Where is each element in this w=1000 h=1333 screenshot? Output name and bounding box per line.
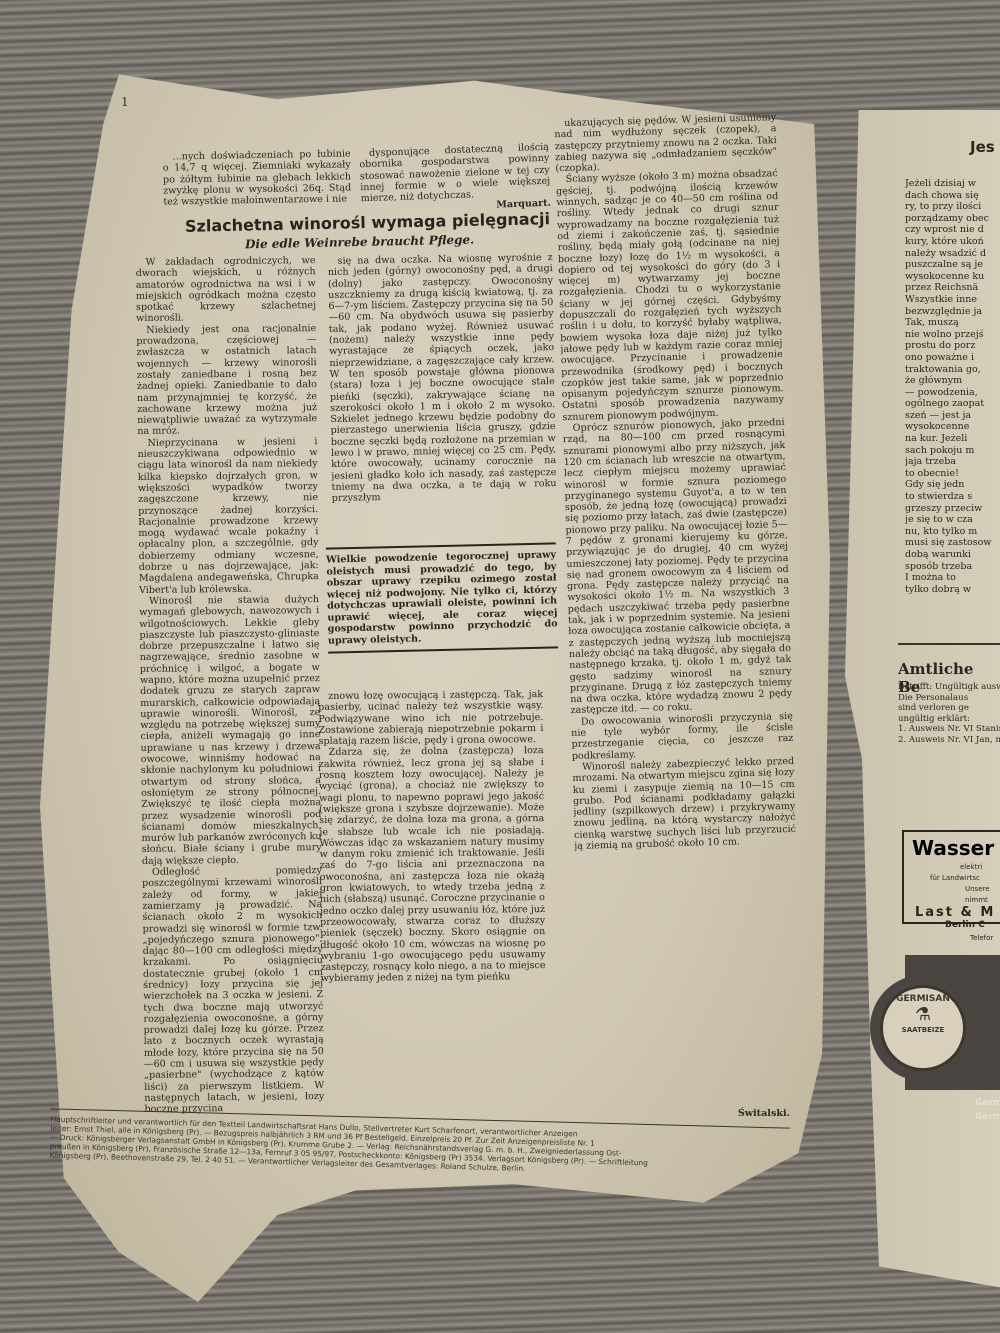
right-article-line: czy wprost nie d: [905, 224, 1000, 236]
paragraph: Zdarza się, że dolna (zastępcza) łoza za…: [319, 746, 546, 985]
right-page-heading: Jes: [970, 138, 995, 156]
paragraph: Nieprzycinana w jesieni i nieuszczykiwan…: [137, 436, 319, 596]
article-signature: Świtalski.: [700, 1108, 790, 1119]
notice-box: Wielkie powodzenie tegorocznej uprawy ol…: [326, 542, 558, 653]
right-article-line: I można to: [905, 572, 1000, 584]
amtliche-line: 1. Ausweis Nr. VI Stanislaw, mit P: [898, 724, 1000, 735]
page-number: 1: [121, 95, 129, 109]
seed-dressing-icon: ⚗: [883, 1004, 963, 1026]
ad-company: Last & M: [915, 905, 995, 920]
germisan-brand: GERMISAN: [883, 994, 963, 1004]
germisan-line-1: Germi: [975, 1098, 1000, 1108]
right-article-line: je się to w cza: [905, 514, 1000, 526]
right-article-line: Tak, muszą: [905, 317, 1000, 329]
ad-city: Berlin C: [945, 920, 985, 930]
right-article-line: porządzamy obec: [905, 213, 1000, 225]
right-article-line: puszczalne są je: [905, 259, 1000, 271]
paragraph: W zakładach ogrodniczych, we dworach wie…: [136, 255, 317, 325]
amtliche-line: sind verloren ge: [898, 703, 1000, 714]
top-left-column-text: ...nych doświadczeniach po łubinie o 14,…: [163, 148, 352, 208]
wasser-ad-line-4: nimmt: [965, 896, 988, 904]
article-column-3: ukazujących się pędów. W jesieni usuniem…: [554, 112, 804, 1123]
right-article-line: — powodzenia,: [905, 387, 1000, 399]
germisan-line-2: Germi: [975, 1112, 1000, 1122]
right-article-line: na kur. Jeżeli: [905, 433, 1000, 445]
right-article-line: ry, to przy ilości: [905, 201, 1000, 213]
ad-phone: Telefor: [970, 934, 993, 942]
germisan-subbrand: SAATBEIZE: [883, 1026, 963, 1034]
amtliche-body: Betrifft: Ungültigk ausweiseuDie Persona…: [898, 682, 1000, 745]
right-article-line: dobą warunki: [905, 549, 1000, 561]
right-article-line: sposób trzeba: [905, 561, 1000, 573]
amtliche-line: Betrifft: Ungültigk ausweiseu: [898, 682, 1000, 693]
amtliche-line: 2. Ausweis Nr. VI Jan, mit Photog Swislo…: [898, 735, 1000, 746]
paragraph: się na dwa oczka. Na wiosnę wyrośnie z n…: [328, 252, 557, 504]
right-article-line: musi się zastosow: [905, 537, 1000, 549]
right-article-line: ono poważne i: [905, 352, 1000, 364]
right-article-line: dach chowa się: [905, 190, 1000, 202]
wasser-brand: Wasser: [904, 832, 1000, 864]
right-article-line: kury, które ukoń: [905, 236, 1000, 248]
right-article-line: nie wolno przejś: [905, 329, 1000, 341]
right-article-line: bezwzględnie ja: [905, 306, 1000, 318]
paragraph: Ściany wyższe (około 3 m) można obsadzać…: [556, 169, 785, 424]
right-article-line: że głównym: [905, 375, 1000, 387]
right-article-line: to stwierdza s: [905, 491, 1000, 503]
paragraph: Odległość pomiędzy poszczególnymi krzewa…: [142, 865, 325, 1115]
right-article-line: nu, kto tylko m: [905, 526, 1000, 538]
right-article-line: to obecnie!: [905, 468, 1000, 480]
right-article-line: grzeszy przeciw: [905, 503, 1000, 515]
article-signature-wrap: Świtalski.: [700, 1108, 790, 1119]
right-article-line: ogólnego zaopat: [905, 398, 1000, 410]
paragraph: Do owocowania winorośli przyczynia się n…: [571, 711, 794, 762]
amtliche-line: Die Personalaus: [898, 693, 1000, 704]
article-column-2-top: się na dwa oczka. Na wiosnę wyrośnie z n…: [328, 252, 558, 541]
right-article-line: sach pokoju m: [905, 445, 1000, 457]
amtliche-line: ungültig erklärt:: [898, 714, 1000, 725]
right-article-line: Gdy się jedn: [905, 479, 1000, 491]
right-article-line: traktowania go,: [905, 364, 1000, 376]
wasser-ad-line-2: für Landwirtsc: [930, 874, 980, 882]
article-column-2-bottom: znowu łozę owocującą i zastępczą. Tak, j…: [318, 689, 547, 1121]
top-mid-column-text: dysponujące dostateczną ilością obornika…: [359, 142, 551, 216]
right-article-line: Wszystkie inne: [905, 294, 1000, 306]
wasser-ad-line-3: Unsere: [965, 885, 990, 893]
paragraph: ukazujących się pędów. W jesieni usuniem…: [554, 112, 777, 175]
right-article-line: szeń — jest ja: [905, 410, 1000, 422]
right-article-line: wysokocenne ku: [905, 271, 1000, 283]
right-divider: [898, 643, 1000, 645]
paragraph: Winorośl nie stawia dużych wymagań glebo…: [139, 594, 322, 867]
germisan-logo: GERMISAN ⚗ SAATBEIZE: [880, 985, 966, 1071]
right-article-line: Jeżeli dzisiaj w: [905, 178, 1000, 190]
right-article-line: tylko dobrą w: [905, 584, 1000, 596]
paragraph: Niekiedy jest ona racjonalnie prowadzona…: [136, 323, 317, 438]
right-article-line: przez Reichsnä: [905, 282, 1000, 294]
wasser-ad-line-1: elektri: [960, 863, 982, 872]
paragraph: znowu łozę owocującą i zastępczą. Tak, j…: [318, 689, 543, 747]
article-column-1: W zakładach ogrodniczych, we dworach wie…: [136, 255, 325, 1117]
right-article-line: jaja trzeba: [905, 456, 1000, 468]
right-article-line: prostu do porz: [905, 340, 1000, 352]
paragraph: Oprócz sznurów pionowych, jako przedni r…: [563, 417, 793, 717]
right-article-line: należy wsadzić d: [905, 248, 1000, 260]
right-page-article: Jeżeli dzisiaj wdach chowa sięry, to prz…: [905, 178, 1000, 595]
right-article-line: wysokocenne: [905, 421, 1000, 433]
paragraph: Winorośl należy zabezpieczyć lekko przed…: [572, 756, 796, 853]
